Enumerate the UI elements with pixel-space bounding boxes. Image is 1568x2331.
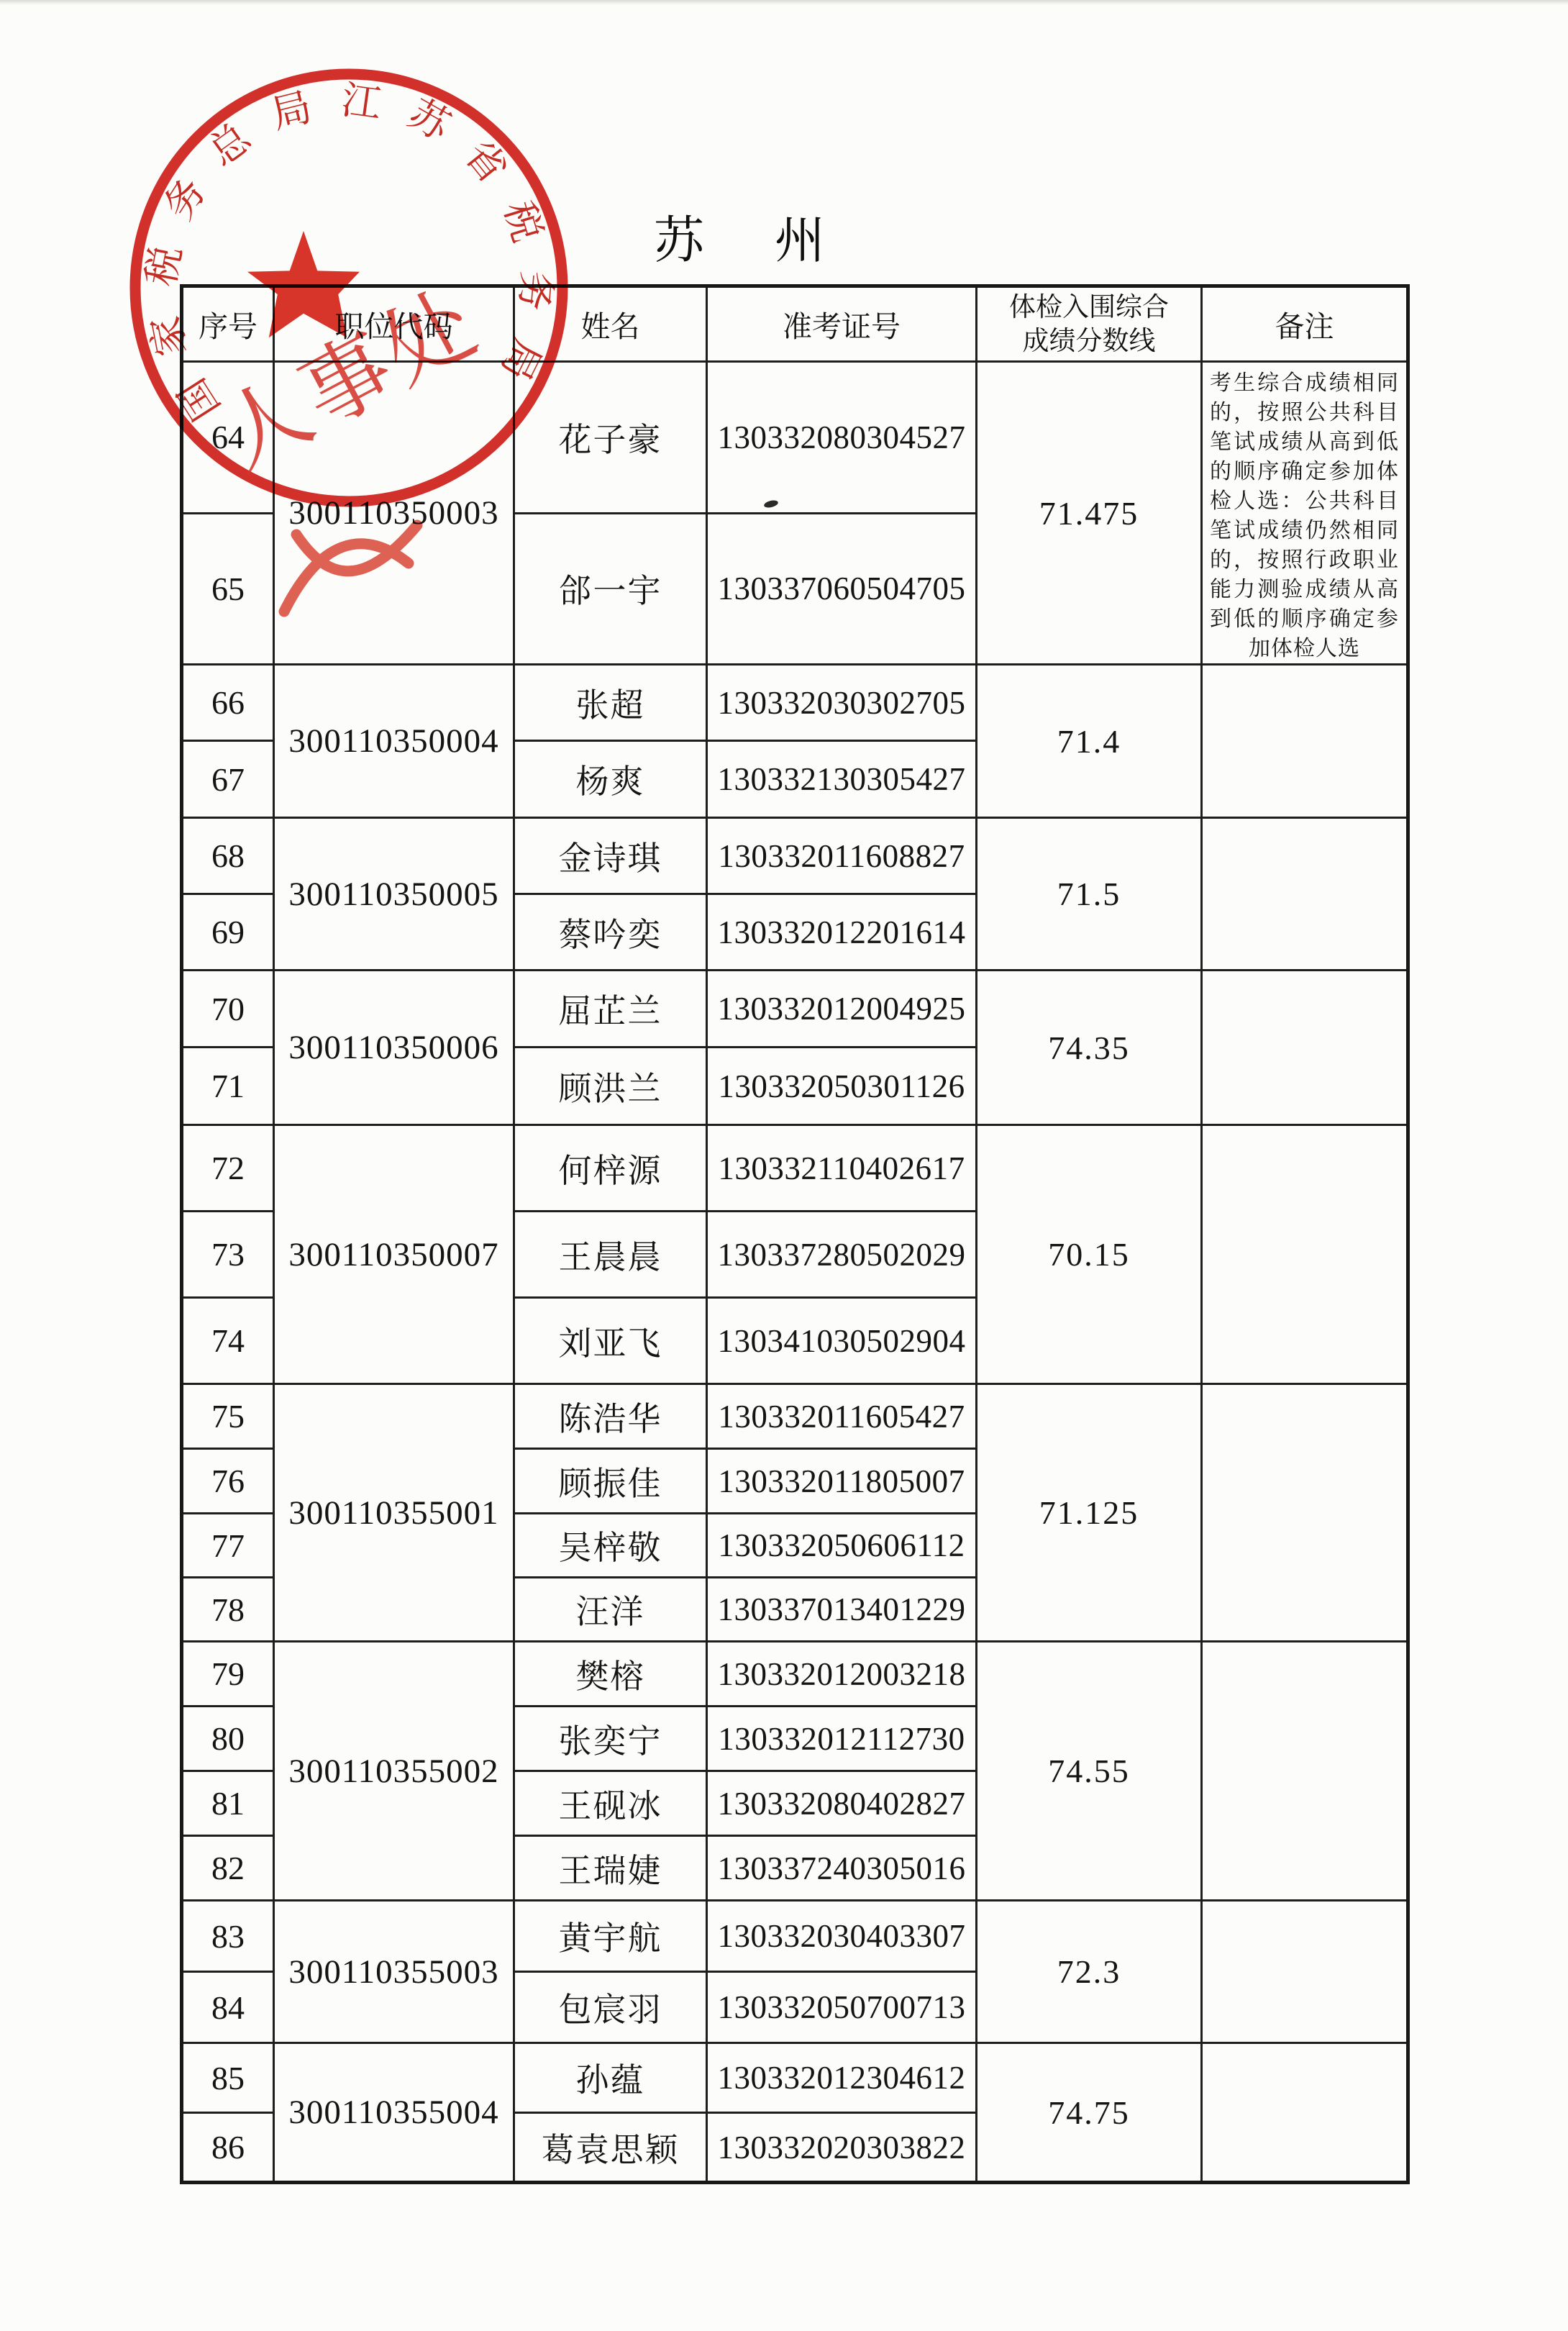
cell-score: 71.5 — [977, 818, 1202, 971]
cell-ticket: 130332011605427 — [707, 1384, 977, 1449]
cell-score: 70.15 — [977, 1125, 1202, 1384]
cell-ticket: 130332050700713 — [707, 1972, 977, 2043]
cell-name: 包宸羽 — [514, 1972, 707, 2043]
table-row: 68300110350005金诗琪13033201160882771.5 — [182, 818, 1408, 894]
cell-ticket: 130332012112730 — [707, 1707, 977, 1771]
cell-serial: 65 — [182, 513, 274, 665]
cell-name: 王晨晨 — [514, 1212, 707, 1298]
header-name: 姓名 — [514, 286, 707, 362]
cell-serial: 86 — [182, 2113, 274, 2183]
header-ticket: 准考证号 — [707, 286, 977, 362]
cell-score: 71.475 — [977, 362, 1202, 665]
cell-serial: 82 — [182, 1836, 274, 1901]
cell-serial: 80 — [182, 1707, 274, 1771]
cell-ticket: 130332012004925 — [707, 971, 977, 1048]
cell-position-code: 300110350003 — [274, 362, 514, 665]
cell-name: 陈浩华 — [514, 1384, 707, 1449]
cell-ticket: 130332080304527 — [707, 362, 977, 514]
results-table-body: 64300110350003花子豪13033208030452771.475考生… — [182, 362, 1408, 2183]
cell-ticket: 130332012003218 — [707, 1642, 977, 1707]
cell-remark: 考生综合成绩相同的，按照公共科目笔试成绩从高到低的顺序确定参加体检人选：公共科目… — [1202, 362, 1408, 665]
cell-ticket: 130337280502029 — [707, 1212, 977, 1298]
cell-score: 74.75 — [977, 2043, 1202, 2183]
cell-name: 黄宇航 — [514, 1901, 707, 1972]
cell-name: 葛袁思颖 — [514, 2113, 707, 2183]
cell-serial: 83 — [182, 1901, 274, 1972]
page-title: 苏 州 — [133, 200, 1356, 273]
table-row: 64300110350003花子豪13033208030452771.475考生… — [182, 362, 1408, 514]
cell-ticket: 130332030403307 — [707, 1901, 977, 1972]
cell-position-code: 300110355001 — [274, 1384, 514, 1642]
cell-name: 屈芷兰 — [514, 971, 707, 1048]
cell-name: 杨爽 — [514, 741, 707, 818]
cell-remark — [1202, 1642, 1408, 1901]
cell-position-code: 300110350005 — [274, 818, 514, 971]
cell-serial: 73 — [182, 1212, 274, 1298]
header-position-code: 职位代码 — [274, 286, 514, 362]
cell-ticket: 130332011608827 — [707, 818, 977, 894]
cell-ticket: 130332080402827 — [707, 1771, 977, 1836]
cell-remark — [1202, 2043, 1408, 2183]
table-header-row: 序号 职位代码 姓名 准考证号 体检入围综合 成绩分数线 备注 — [182, 286, 1408, 362]
table-row: 66300110350004张超13033203030270571.4 — [182, 665, 1408, 741]
table-header: 序号 职位代码 姓名 准考证号 体检入围综合 成绩分数线 备注 — [182, 286, 1408, 362]
cell-remark — [1202, 1384, 1408, 1642]
cell-remark — [1202, 665, 1408, 818]
cell-serial: 79 — [182, 1642, 274, 1707]
cell-serial: 72 — [182, 1125, 274, 1212]
cell-name: 王瑞婕 — [514, 1836, 707, 1901]
table-row: 83300110355003黄宇航13033203040330772.3 — [182, 1901, 1408, 1972]
cell-position-code: 300110355002 — [274, 1642, 514, 1901]
cell-remark — [1202, 1125, 1408, 1384]
cell-serial: 67 — [182, 741, 274, 818]
header-remark: 备注 — [1202, 286, 1408, 362]
cell-name: 顾振佳 — [514, 1449, 707, 1514]
cell-name: 顾洪兰 — [514, 1048, 707, 1125]
cell-serial: 77 — [182, 1514, 274, 1578]
table-row: 70300110350006屈芷兰13033201200492574.35 — [182, 971, 1408, 1048]
cell-name: 何梓源 — [514, 1125, 707, 1212]
header-score-line1: 体检入围综合 — [977, 291, 1200, 324]
cell-name: 吴梓敬 — [514, 1514, 707, 1578]
cell-name: 樊榕 — [514, 1642, 707, 1707]
cell-serial: 76 — [182, 1449, 274, 1514]
cell-serial: 75 — [182, 1384, 274, 1449]
cell-score: 72.3 — [977, 1901, 1202, 2043]
cell-serial: 84 — [182, 1972, 274, 2043]
header-serial: 序号 — [182, 286, 274, 362]
cell-ticket: 130332030302705 — [707, 665, 977, 741]
cell-ticket: 130332012201614 — [707, 894, 977, 971]
cell-position-code: 300110350006 — [274, 971, 514, 1125]
cell-remark — [1202, 1901, 1408, 2043]
cell-serial: 85 — [182, 2043, 274, 2113]
cell-name: 张奕宁 — [514, 1707, 707, 1771]
cell-name: 郃一宇 — [514, 513, 707, 665]
cell-name: 张超 — [514, 665, 707, 741]
cell-ticket: 130337060504705 — [707, 513, 977, 665]
cell-name: 花子豪 — [514, 362, 707, 514]
table-row: 85300110355004孙蕴13033201230461274.75 — [182, 2043, 1408, 2113]
cell-ticket: 130332130305427 — [707, 741, 977, 818]
cell-serial: 71 — [182, 1048, 274, 1125]
cell-ticket: 130332012304612 — [707, 2043, 977, 2113]
header-score-line2: 成绩分数线 — [977, 324, 1200, 358]
cell-name: 孙蕴 — [514, 2043, 707, 2113]
cell-ticket: 130341030502904 — [707, 1298, 977, 1384]
cell-position-code: 300110355003 — [274, 1901, 514, 2043]
cell-ticket: 130337240305016 — [707, 1836, 977, 1901]
cell-score: 71.4 — [977, 665, 1202, 818]
cell-ticket: 130332110402617 — [707, 1125, 977, 1212]
cell-ticket: 130332050606112 — [707, 1514, 977, 1578]
cell-serial: 69 — [182, 894, 274, 971]
cell-position-code: 300110355004 — [274, 2043, 514, 2183]
table-row: 79300110355002樊榕13033201200321874.55 — [182, 1642, 1408, 1707]
cell-score: 74.55 — [977, 1642, 1202, 1901]
cell-serial: 68 — [182, 818, 274, 894]
cell-ticket: 130332050301126 — [707, 1048, 977, 1125]
table-row: 75300110355001陈浩华13033201160542771.125 — [182, 1384, 1408, 1449]
cell-name: 蔡吟奕 — [514, 894, 707, 971]
cell-remark — [1202, 971, 1408, 1125]
cell-remark — [1202, 818, 1408, 971]
cell-name: 刘亚飞 — [514, 1298, 707, 1384]
cell-ticket: 130332011805007 — [707, 1449, 977, 1514]
cell-serial: 74 — [182, 1298, 274, 1384]
cell-name: 汪洋 — [514, 1578, 707, 1642]
cell-serial: 81 — [182, 1771, 274, 1836]
cell-serial: 66 — [182, 665, 274, 741]
cell-serial: 78 — [182, 1578, 274, 1642]
cell-serial: 70 — [182, 971, 274, 1048]
table-row: 72300110350007何梓源13033211040261770.15 — [182, 1125, 1408, 1212]
cell-name: 金诗琪 — [514, 818, 707, 894]
cell-position-code: 300110350004 — [274, 665, 514, 818]
cell-score: 71.125 — [977, 1384, 1202, 1642]
results-table: 序号 职位代码 姓名 准考证号 体检入围综合 成绩分数线 备注 64300110… — [180, 284, 1410, 2184]
cell-name: 王砚冰 — [514, 1771, 707, 1836]
cell-position-code: 300110350007 — [274, 1125, 514, 1384]
header-score: 体检入围综合 成绩分数线 — [977, 286, 1202, 362]
scan-edge-artifact — [0, 0, 1568, 5]
cell-serial: 64 — [182, 362, 274, 514]
cell-score: 74.35 — [977, 971, 1202, 1125]
cell-ticket: 130332020303822 — [707, 2113, 977, 2183]
cell-ticket: 130337013401229 — [707, 1578, 977, 1642]
